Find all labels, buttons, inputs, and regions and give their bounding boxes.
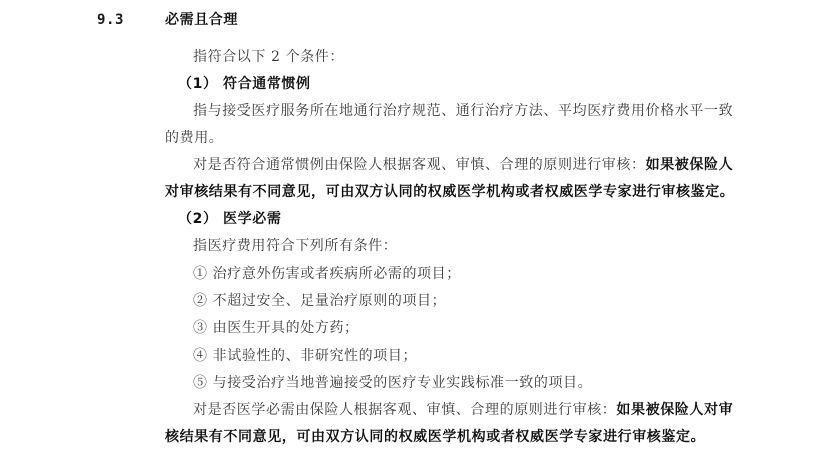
section-heading: 9.3 [97, 11, 124, 29]
condition1-heading: （1） 符合通常惯例 [178, 75, 311, 93]
section-title: 必需且合理 [165, 11, 238, 29]
condition1-review-line2: 对审核结果有不同意见，可由双方认同的权威医学机构或者权威医学专家进行审核鉴定。 [165, 183, 734, 201]
condition2-review-bold: 如果被保险人对审 [616, 402, 733, 418]
condition2-item: ④ 非试验性的、非研究性的项目； [193, 347, 417, 365]
condition1-review-line1: 对是否符合通常惯例由保险人根据客观、审慎、合理的原则进行审核：如果被保险人 [193, 156, 733, 174]
condition2-review-line1: 对是否医学必需由保险人根据客观、审慎、合理的原则进行审核：如果被保险人对审 [193, 401, 733, 419]
condition2-item: ③ 由医生开具的处方药； [193, 319, 359, 337]
condition2-item: ① 治疗意外伤害或者疾病所必需的项目； [193, 265, 461, 283]
section-number: 9.3 [97, 12, 124, 28]
condition1-definition-line2: 的费用。 [165, 129, 223, 147]
condition2-heading: （2） 医学必需 [178, 210, 281, 228]
condition2-review-line2: 核结果有不同意见，可由双方认同的权威医学机构或者权威医学专家进行审核鉴定。 [165, 428, 705, 446]
condition1-definition-line1: 指与接受医疗服务所在地通行治疗规范、通行治疗方法、平均医疗费用价格水平一致 [193, 102, 733, 120]
condition1-review-normal: 对是否符合通常惯例由保险人根据客观、审慎、合理的原则进行审核： [193, 157, 646, 173]
condition2-review-normal: 对是否医学必需由保险人根据客观、审慎、合理的原则进行审核： [193, 402, 616, 418]
intro-text: 指符合以下 2 个条件： [193, 48, 344, 66]
condition2-item: ⑤ 与接受治疗当地普遍接受的医疗专业实践标准一致的项目。 [193, 374, 592, 392]
condition1-review-bold: 如果被保险人 [646, 157, 734, 173]
condition2-item: ② 不超过安全、足量治疗原则的项目； [193, 292, 446, 310]
condition2-intro: 指医疗费用符合下列所有条件： [193, 237, 397, 255]
